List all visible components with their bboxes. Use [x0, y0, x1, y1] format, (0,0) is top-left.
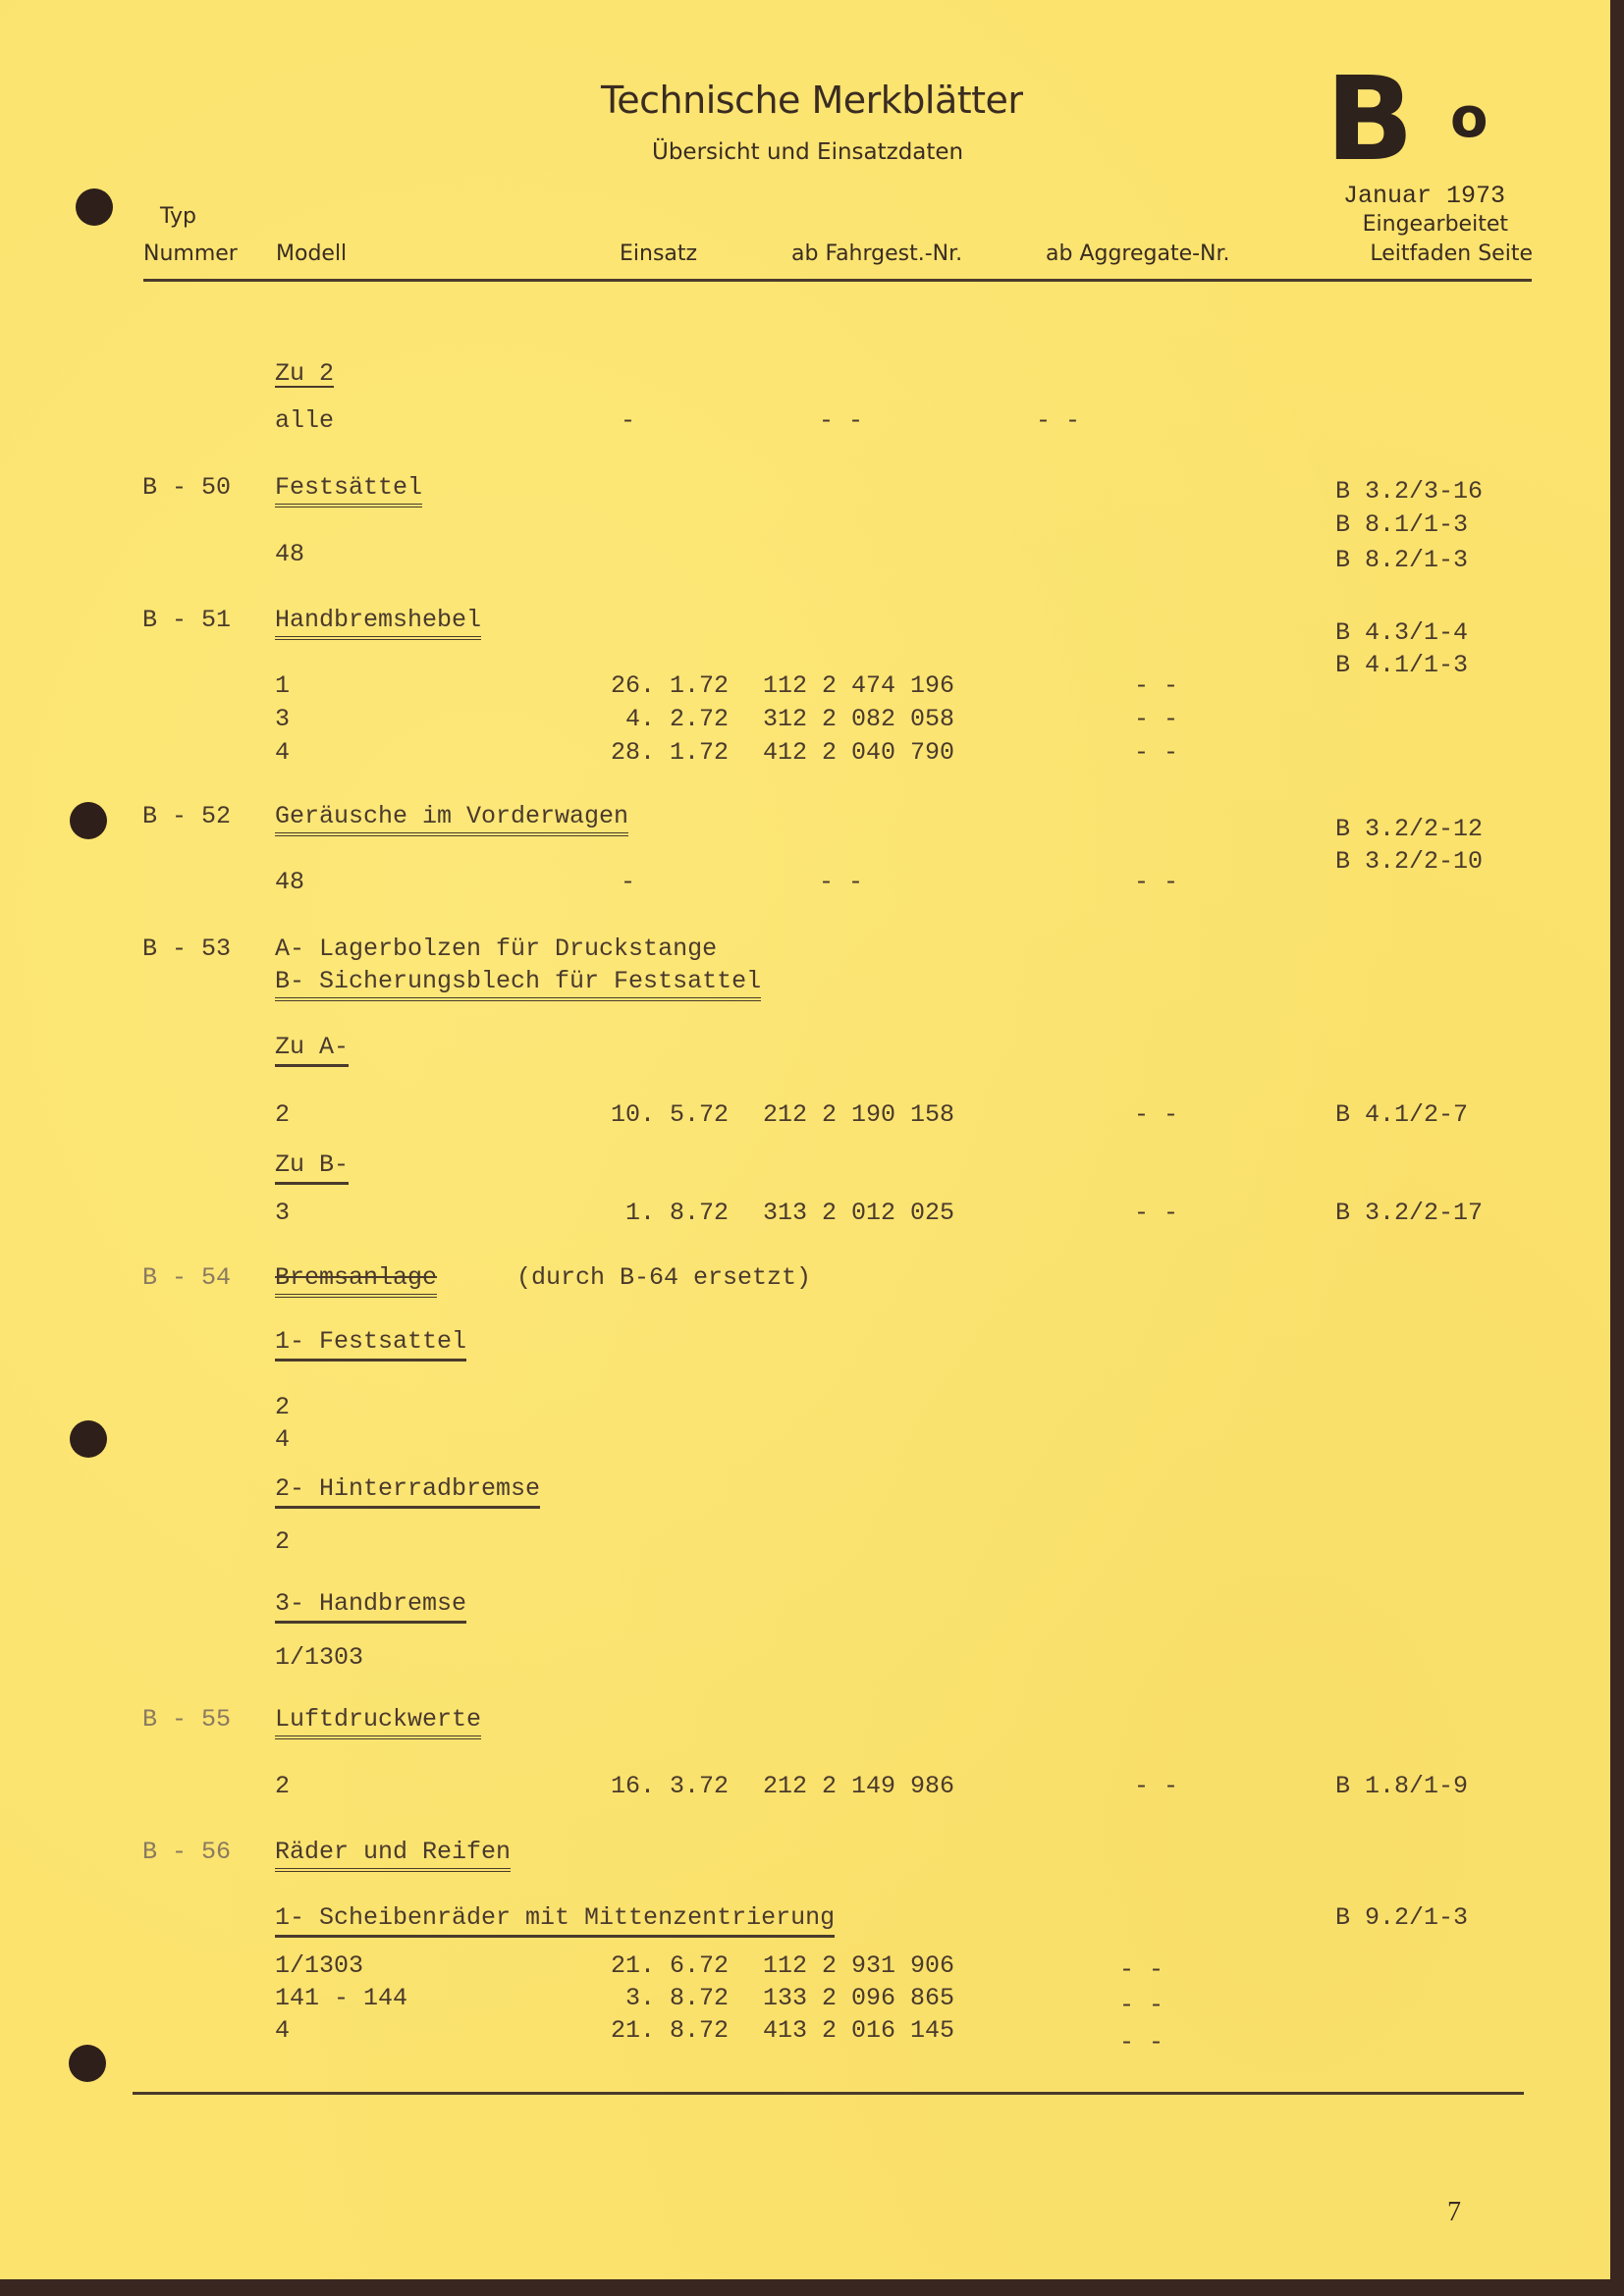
leitfaden-ref: B 3.2/3-16	[1335, 477, 1483, 507]
leitfaden-ref: B 4.1/2-7	[1335, 1100, 1468, 1130]
cell-einsatz: 10. 5.72	[611, 1100, 729, 1130]
column-header-eingearbeitet: Eingearbeitet	[1363, 212, 1508, 237]
entry-title-a: A- Lagerbolzen für Druckstange	[275, 934, 717, 964]
cell-fahrgest: - -	[819, 868, 863, 897]
entry-number: B - 53	[142, 934, 231, 964]
leitfaden-ref: B 4.3/1-4	[1335, 618, 1468, 648]
entry-number: B - 51	[142, 606, 231, 635]
cell-modell: 2	[275, 1393, 290, 1422]
cell-aggregate: - -	[1134, 738, 1178, 768]
cell-fahrgest: 112 2 931 906	[763, 1951, 954, 1981]
cell-einsatz: 16. 3.72	[611, 1772, 729, 1801]
entry-title: Geräusche im Vorderwagen	[275, 802, 628, 836]
entry-number: B - 52	[142, 802, 231, 831]
column-header-leitfaden: Leitfaden Seite	[1370, 241, 1533, 266]
entry-title: Räder und Reifen	[275, 1838, 511, 1872]
cell-modell: 4	[275, 1425, 290, 1455]
leitfaden-ref: B 9.2/1-3	[1335, 1903, 1468, 1933]
cell-modell: 3	[275, 705, 290, 734]
header-divider	[143, 279, 1532, 282]
leitfaden-ref: B 3.2/2-10	[1335, 847, 1483, 877]
leitfaden-ref: B 8.2/1-3	[1335, 546, 1468, 575]
column-header-aggregate: ab Aggregate-Nr.	[1046, 241, 1230, 266]
cell-aggregate: - -	[1134, 1199, 1178, 1228]
cell-fahrgest: 212 2 149 986	[763, 1772, 954, 1801]
punch-hole-icon	[70, 802, 107, 839]
entry-number: B - 55	[142, 1705, 231, 1735]
page-number: 7	[1447, 2197, 1461, 2228]
cell-aggregate: - -	[1134, 671, 1178, 701]
column-header-fahrgest: ab Fahrgest.-Nr.	[791, 241, 962, 266]
sub-heading: 3- Handbremse	[275, 1589, 466, 1624]
cell-fahrgest: 412 2 040 790	[763, 738, 954, 768]
punch-hole-icon	[70, 1420, 107, 1458]
sub-heading: 1- Scheibenräder mit Mittenzentrierung	[275, 1903, 835, 1938]
column-header-modell: Modell	[276, 241, 347, 266]
entry-number: B - 56	[142, 1838, 231, 1867]
cell-modell: 4	[275, 738, 290, 768]
leitfaden-ref: B 3.2/2-12	[1335, 815, 1483, 844]
cell-modell: alle	[275, 406, 334, 436]
cell-aggregate: - -	[1134, 868, 1178, 897]
cell-fahrgest: 133 2 096 865	[763, 1984, 954, 2013]
section-suffix: o	[1450, 91, 1488, 146]
section-letter: B	[1326, 61, 1414, 177]
entry-title: Bremsanlage	[275, 1263, 437, 1298]
sub-heading: 1- Festsattel	[275, 1327, 466, 1362]
cell-aggregate: - -	[1119, 1955, 1164, 1985]
cell-einsatz: 3. 8.72	[625, 1984, 729, 2013]
issue-date: Januar 1973	[1343, 182, 1505, 210]
footer-divider	[133, 2092, 1524, 2095]
entry-number: B - 54	[142, 1263, 231, 1293]
entry-note: (durch B-64 ersetzt)	[516, 1263, 811, 1293]
column-header-typ: Typ	[160, 204, 196, 229]
cell-aggregate: - -	[1134, 1100, 1178, 1130]
cell-einsatz: 4. 2.72	[625, 705, 729, 734]
leitfaden-ref: B 8.1/1-3	[1335, 510, 1468, 540]
cell-einsatz: 1. 8.72	[625, 1199, 729, 1228]
entry-title: Luftdruckwerte	[275, 1705, 481, 1739]
cell-modell: 48	[275, 868, 304, 897]
leitfaden-ref: B 4.1/1-3	[1335, 651, 1468, 680]
column-header-einsatz: Einsatz	[620, 241, 697, 266]
document-page: Technische Merkblätter Übersicht und Ein…	[0, 0, 1610, 2279]
column-header-nummer: Nummer	[143, 241, 238, 266]
cell-modell: 2	[275, 1100, 290, 1130]
page-title: Technische Merkblätter	[601, 79, 1023, 122]
leitfaden-ref: B 3.2/2-17	[1335, 1199, 1483, 1228]
cell-einsatz: -	[621, 868, 635, 897]
cell-fahrgest: 313 2 012 025	[763, 1199, 954, 1228]
cell-modell: 141 - 144	[275, 1984, 407, 2013]
cell-modell: 1/1303	[275, 1643, 363, 1673]
leitfaden-ref: B 1.8/1-9	[1335, 1772, 1468, 1801]
cell-einsatz: 28. 1.72	[611, 738, 729, 768]
cell-fahrgest: - -	[819, 406, 863, 436]
cell-fahrgest: 112 2 474 196	[763, 671, 954, 701]
cell-fahrgest: 413 2 016 145	[763, 2016, 954, 2046]
cell-modell: 1/1303	[275, 1951, 363, 1981]
entry-title: Festsättel	[275, 473, 422, 507]
cell-modell: 3	[275, 1199, 290, 1228]
cell-modell: 48	[275, 540, 304, 569]
cell-einsatz: 21. 6.72	[611, 1951, 729, 1981]
sub-heading: Zu B-	[275, 1150, 349, 1185]
cell-modell: 2	[275, 1527, 290, 1557]
cell-fahrgest: 212 2 190 158	[763, 1100, 954, 1130]
sub-heading: 2- Hinterradbremse	[275, 1474, 540, 1509]
sub-heading: Zu A-	[275, 1033, 349, 1067]
cell-aggregate: - -	[1134, 705, 1178, 734]
cell-einsatz: -	[621, 406, 635, 436]
entry-title-b: B- Sicherungsblech für Festsattel	[275, 967, 761, 1001]
cell-einsatz: 21. 8.72	[611, 2016, 729, 2046]
punch-hole-icon	[76, 188, 113, 226]
cell-aggregate: - -	[1134, 1772, 1178, 1801]
page-subtitle: Übersicht und Einsatzdaten	[652, 139, 963, 165]
punch-hole-icon	[69, 2045, 106, 2082]
entry-number: B - 50	[142, 473, 231, 503]
cell-aggregate: - -	[1119, 1991, 1164, 2020]
entry-title: Handbremshebel	[275, 606, 481, 640]
cell-einsatz: 26. 1.72	[611, 671, 729, 701]
cell-modell: 2	[275, 1772, 290, 1801]
cell-fahrgest: 312 2 082 058	[763, 705, 954, 734]
cell-aggregate: - -	[1119, 2028, 1164, 2057]
cell-modell: 1	[275, 671, 290, 701]
cell-modell: 4	[275, 2016, 290, 2046]
sub-heading: Zu 2	[275, 359, 334, 389]
cell-aggregate: - -	[1036, 406, 1080, 436]
